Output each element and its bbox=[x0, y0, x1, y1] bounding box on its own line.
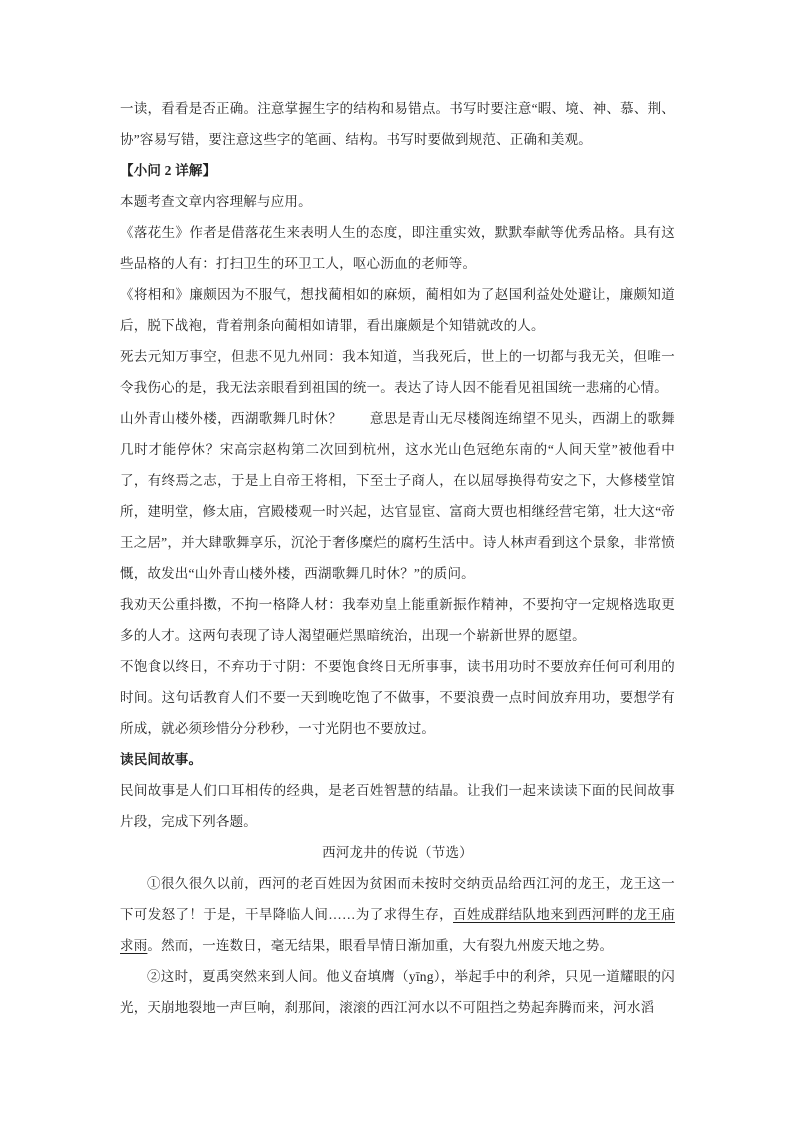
story-paragraph-1-post: 。然而，一连数日，毫无结果，眼看旱情日渐加重，大有裂九州废天地之势。 bbox=[147, 938, 613, 953]
folk-tales-intro-paragraph: 民间故事是人们口耳相传的经典，是老百姓智慧的结晶。让我们一起来读读下面的民间故事… bbox=[120, 775, 675, 837]
story-paragraph-1: ①很久很久以前，西河的老百姓因为贫困而未按时交纳贡品给西江河的龙王，龙王这一下可… bbox=[120, 868, 675, 961]
paragraph-jiangxianghe: 《将相和》廉颇因为不服气，想找蔺相如的麻烦，蔺相如为了赵国利益处处避让，廉颇知道… bbox=[120, 279, 675, 341]
analysis-intro-paragraph: 本题考查文章内容理解与应用。 bbox=[120, 186, 675, 217]
story-paragraph-2: ②这时，夏禹突然来到人间。他义奋填膺（yīng），举起手中的利斧，只见一道耀眼的… bbox=[120, 961, 675, 1023]
document-page: 一读，看看是否正确。注意掌握生字的结构和易错点。书写时要注意“暇、境、神、慕、荆… bbox=[0, 0, 793, 1122]
paragraph-poem-explanation-3: 我劝天公重抖擞，不拘一格降人材：我奉劝皇上能重新振作精神，不要拘守一定规格选取更… bbox=[120, 589, 675, 651]
continuation-paragraph: 一读，看看是否正确。注意掌握生字的结构和易错点。书写时要注意“暇、境、神、慕、荆… bbox=[120, 93, 675, 155]
story-title: 西河龙井的传说（节选） bbox=[120, 837, 675, 868]
paragraph-poem-explanation-4: 不饱食以终日，不弃功于寸阴：不要饱食终日无所事事，读书用功时不要放弃任何可利用的… bbox=[120, 651, 675, 744]
paragraph-poem-explanation-2: 山外青山楼外楼，西湖歌舞几时休？ 意思是青山无尽楼阁连绵望不见头，西湖上的歌舞几… bbox=[120, 403, 675, 589]
paragraph-poem-explanation-1: 死去元知万事空，但悲不见九州同：我本知道，当我死后，世上的一切都与我无关，但唯一… bbox=[120, 341, 675, 403]
subquestion-2-heading: 【小问 2 详解】 bbox=[120, 155, 675, 186]
paragraph-luohuasheng: 《落花生》作者是借落花生来表明人生的态度，即注重实效，默默奉献等优秀品格。具有这… bbox=[120, 217, 675, 279]
section-heading-folk-tales: 读民间故事。 bbox=[120, 744, 675, 775]
